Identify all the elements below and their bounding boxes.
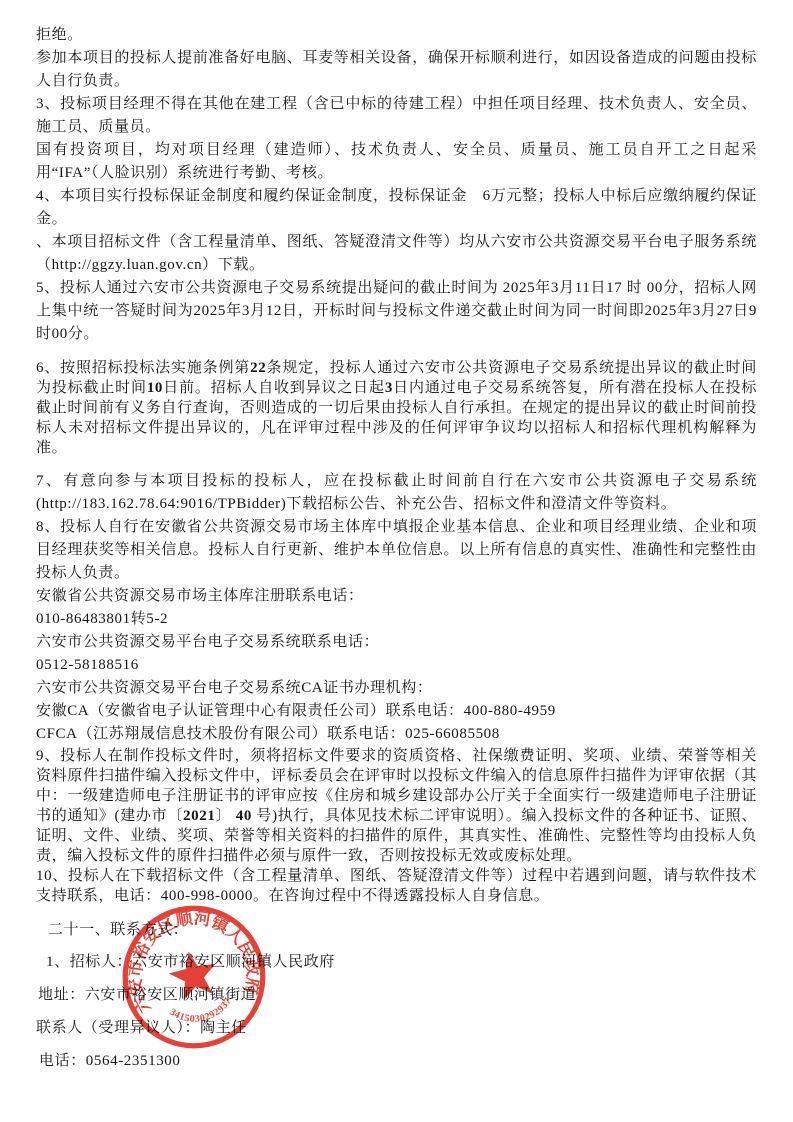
ca-agency-label: 六安市公共资源交易平台电子交易系统CA证书办理机构： bbox=[36, 677, 757, 700]
ca-cfca-line: CFCA（江苏翔晟信息技术股份有限公司）联系电话：025-66085508 bbox=[36, 723, 757, 746]
clause-9-text: 〕 bbox=[215, 808, 235, 824]
clause-4-bid-bond: 4、本项目实行投标保证金制度和履约保证金制度，投标保证金 6万元整；投标人中标后… bbox=[36, 185, 757, 231]
clause-6-text: 日前。招标人自收到异议之日起 bbox=[163, 380, 385, 396]
clause-6-bold-22: 22 bbox=[250, 360, 266, 376]
clause-10-tech-support: 10、投标人在下载招标文件（含工程量清单、图纸、答疑澄清文件等）过程中若遇到问题… bbox=[36, 866, 757, 906]
registry-phone-number: 010-86483801转5-2 bbox=[36, 608, 757, 631]
clause-6-bold-3: 3 bbox=[385, 380, 393, 396]
paragraph-equipment-notice: 参加本项目的投标人提前准备好电脑、耳麦等相关设备，确保开标顺利进行，如因设备造成… bbox=[36, 47, 757, 93]
clause-6-text: 6、按照招标投标法实施条例第 bbox=[36, 360, 250, 376]
platform-phone-number: 0512-58188516 bbox=[36, 654, 757, 677]
clause-9-bold-2021: 2021 bbox=[183, 808, 215, 824]
ca-anhui-line: 安徽CA（安徽省电子认证管理中心有限责任公司）联系电话：400-880-4959 bbox=[36, 700, 757, 723]
contact-person-line: 联系人（受理异议人）：陶主任 bbox=[36, 1017, 757, 1040]
clause-6-bold-10: 10 bbox=[147, 380, 163, 396]
address-line: 地址：六安市裕安区顺河镇街道 bbox=[36, 984, 757, 1007]
platform-phone-label: 六安市公共资源交易平台电子交易系统联系电话： bbox=[36, 631, 757, 654]
registry-phone-label: 安徽省公共资源交易市场主体库注册联系电话： bbox=[36, 585, 757, 608]
contact-section-title: 二十一、联系方式： bbox=[36, 919, 757, 942]
clause-6-objections: 6、按照招标投标法实施条例第22条规定，投标人通过六安市公共资源电子交易系统提出… bbox=[36, 358, 757, 458]
clause-7-download-announcements: 7、有意向参与本项目投标的投标人，应在投标截止时间前自行在六安市公共资源电子交易… bbox=[36, 470, 757, 516]
contact-section: 二十一、联系方式： 1、招标人：六安市裕安区顺河镇人民政府 地址：六安市裕安区顺… bbox=[36, 919, 757, 1073]
clause-9-scanned-documents: 9、投标人在制作投标文件时，须将招标文件要求的资质资格、社保缴费证明、奖项、业绩… bbox=[36, 746, 757, 866]
tenderer-line: 1、招标人：六安市裕安区顺河镇人民政府 bbox=[36, 951, 757, 974]
clause-9-bold-40: 40 bbox=[236, 808, 257, 824]
clause-8-market-registry: 8、投标人自行在安徽省公共资源交易市场主体库中填报企业基本信息、企业和项目经理业… bbox=[36, 516, 757, 585]
clause-5-deadlines: 5、投标人通过六安市公共资源电子交易系统提出疑问的截止时间为 2025年3月11… bbox=[36, 277, 757, 346]
clause-state-invested-projects: 国有投资项目，均对项目经理（建造师）、技术负责人、安全员、质量员、施工员自开工之… bbox=[36, 139, 757, 185]
clause-3-project-manager: 3、投标项目经理不得在其他在建工程（含已中标的待建工程）中担任项目经理、技术负责… bbox=[36, 93, 757, 139]
clause-document-download: 、本项目招标文件（含工程量清单、图纸、答疑澄清文件等）均从六安市公共资源交易平台… bbox=[36, 231, 757, 277]
paragraph-rejected: 拒绝。 bbox=[36, 24, 757, 47]
phone-line: 电话：0564-2351300 bbox=[36, 1050, 757, 1073]
tender-notice-page: 拒绝。 参加本项目的投标人提前准备好电脑、耳麦等相关设备，确保开标顺利进行，如因… bbox=[0, 0, 793, 1122]
